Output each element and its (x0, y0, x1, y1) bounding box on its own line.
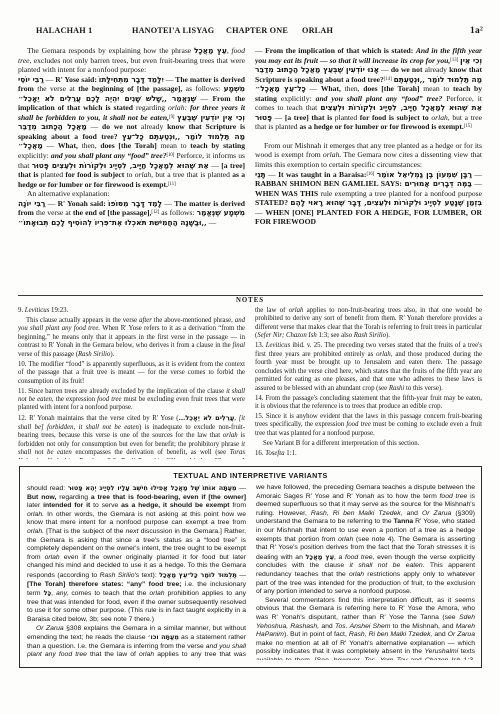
paragraph: 13. Leviticus ibid. v. 25. The preceding… (255, 342, 482, 393)
gemara-right-column: — From the implication of that which is … (255, 46, 482, 290)
paragraph: 9. Leviticus 19:23. (18, 307, 245, 315)
hebrew-phrase: מֵעַתָּה אוֹתוֹ שֶׁל מַאֲכָל אֲפִילוּ חִ… (68, 484, 237, 492)
hebrew-phrase: רַבִּי יוֹסֵי (18, 75, 44, 84)
hebrew-phrase: רַבָּן שִׁמְעוֹן בֶּן גַּמְלִיאֵל אוֹמֵר (377, 170, 472, 179)
paragraph: 16. Tosefta 1:1. (255, 450, 482, 458)
hebrew-phrase: תָּנֵי (255, 170, 266, 179)
notes-left-column: 9. Leviticus 19:23.This clause actually … (18, 307, 245, 459)
talmud-page: HALACHAH 1 HANOTEI'A LISYAG CHAPTER ONE … (0, 0, 500, 714)
hebrew-phrase: אֵת שֶׁהוּא לְמַאֲכָל חַיָּיב, לִסְיָיג … (32, 161, 209, 170)
variants-left-column: should read: מֵעַתָּה אוֹתוֹ שֶׁל מַאֲכָ… (27, 484, 246, 660)
hebrew-phrase: עֵץ מַאֲכָל (194, 46, 227, 55)
paragraph: The Gemara responds by explaining how th… (18, 46, 245, 75)
variants-right-column: we have followed, the preceding Gemara t… (256, 484, 475, 660)
variants-box: TEXTUAL AND INTERPRETIVE VARIANTS should… (19, 466, 482, 668)
variants-columns: should read: מֵעַתָּה אוֹתוֹ שֶׁל מַאֲכָ… (27, 484, 476, 660)
header-perek-name: HANOTEI'A LISYAG (132, 26, 214, 35)
hebrew-phrase: רַבִּי יוֹנָה (18, 199, 45, 208)
hebrew-phrase: מֵעַתָּה וכו׳ (148, 633, 179, 641)
hebrew-phrase: בִּזְמַן שֶׁנָּטַע לִסְיָיג וּלְקוֹרוֹת … (290, 198, 482, 207)
hebrew-phrase: עֲרֵלִים לֹא יֵאָכֵל… (179, 414, 235, 422)
paragraph: Or Zarua §308 explains the Gemara in a s… (27, 625, 246, 661)
paragraph: רַבִּי יוֹסֵי — R' Yose said: יִלָּמֵד ד… (18, 75, 245, 190)
gemara-translation-section: The Gemara responds by explaining how th… (18, 46, 483, 290)
paragraph: the law of orlah applies to non-fruit-be… (255, 307, 482, 341)
header-folio-number: 1a² (470, 26, 483, 36)
paragraph: This clause actually appears in the vers… (18, 317, 245, 359)
notes-right-column: the law of orlah applies to non-fruit-be… (255, 307, 482, 459)
hebrew-phrase: תַּלְמוּד לוֹמַר כָּל־עֵץ מַאֲכָל (159, 571, 237, 579)
paragraph: An alternative explanation: (18, 189, 245, 199)
notes-section: 9. Leviticus 19:23.This clause actually … (18, 307, 483, 459)
hebrew-phrase: בַּמֶּה דְּבָרִים אֲמוּרִים (404, 179, 471, 188)
paragraph: From our Mishnah it emerges that any tre… (255, 141, 482, 170)
paragraph: should read: מֵעַתָּה אוֹתוֹ שֶׁל מַאֲכָ… (27, 484, 246, 625)
page-header: HALACHAH 1 HANOTEI'A LISYAG CHAPTER ONE … (0, 26, 500, 40)
paragraph: Several commentators find this interpret… (256, 597, 475, 660)
paragraph: 14. From the passage's concluding statem… (255, 395, 482, 412)
hebrew-phrase: לָמֵד דָּבָר מִסּוֹפוֹ (108, 199, 162, 208)
hebrew-phrase: עֵץ מַאֲכָל (306, 553, 335, 561)
notes-section-label: NOTES (0, 297, 500, 304)
header-halachah: HALACHAH 1 (36, 26, 92, 35)
paragraph: See Variant B for a different interpreta… (255, 440, 482, 448)
paragraph: 12. R' Yonah maintains that the verse ci… (18, 414, 245, 459)
hebrew-phrase: יִלָּמֵד דָּבָר מִתְּחִילָּתוֹ (99, 75, 164, 84)
paragraph: תָּנֵי — It was taught in a Baraisa:[16]… (255, 170, 482, 227)
header-tractate: ORLAH (302, 26, 333, 35)
paragraph: 10. The modifier “food” is apparently su… (18, 361, 245, 386)
paragraph: רַבִּי יוֹנָה — R' Yonah said: לָמֵד דָּ… (18, 199, 245, 228)
variants-title: TEXTUAL AND INTERPRETIVE VARIANTS (27, 472, 474, 480)
paragraph: 11. Since barren trees are already exclu… (18, 388, 245, 413)
notes-divider-rule (18, 295, 483, 296)
paragraph: — From the implication of that which is … (255, 46, 482, 132)
header-chapter: CHAPTER ONE (226, 26, 288, 35)
paragraph: 15. Since it is anyhow evident that the … (255, 413, 482, 438)
gemara-left-column: The Gemara responds by explaining how th… (18, 46, 245, 290)
paragraph: we have followed, the preceding Gemara t… (256, 484, 475, 597)
